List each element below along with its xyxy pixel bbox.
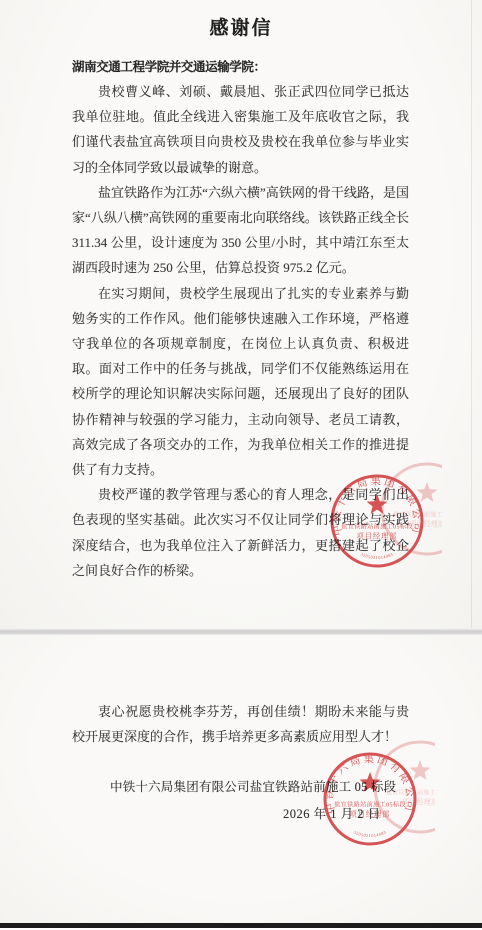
page-edge-line bbox=[471, 0, 472, 628]
company-seal: 盐宜铁路站前施工05标段 项目经理部 中铁十六局集团有限公司 盐宜铁路站前施工0… bbox=[305, 734, 435, 864]
page-break-divider bbox=[0, 629, 482, 635]
paragraph: 盐宜铁路作为江苏“六纵六横”高铁网的骨干线路，是国家“八纵八横”高铁网的重要南北… bbox=[72, 180, 409, 281]
paragraph: 在实习期间，贵校学生展现出了扎实的专业素养与勤勉务实的工作作风。他们能够快速融入… bbox=[72, 281, 409, 483]
scanned-letter: 感谢信 湖南交通工程学院并交通运输学院： 贵校曹义峰、刘硕、戴晨旭、张正武四位同… bbox=[0, 0, 482, 930]
seal-code-text: 3205021014083 bbox=[360, 552, 394, 561]
recipient-line: 湖南交通工程学院并交通运输学院： bbox=[72, 57, 266, 75]
seal-section-text: 盐宜铁路站前施工05标段 bbox=[341, 523, 413, 531]
svg-text:3205021014083: 3205021014083 bbox=[353, 830, 387, 839]
seal-department-text: 项目经理部 bbox=[357, 532, 398, 541]
seal-code-text: 3205021014083 bbox=[353, 830, 387, 839]
svg-text:3205021014083: 3205021014083 bbox=[360, 552, 394, 561]
seal-section-text: 盐宜铁路站前施工05标段 bbox=[334, 801, 406, 809]
seal-department-text: 项目经理部 bbox=[350, 810, 391, 819]
scan-bottom-edge bbox=[0, 923, 482, 928]
paragraph: 贵校曹义峰、刘硕、戴晨旭、张正武四位同学已抵达我单位驻地。值此全线进入密集施工及… bbox=[72, 79, 409, 180]
letter-title: 感谢信 bbox=[0, 13, 482, 40]
company-seal: 盐宜铁路站前施工05标段 项目经理部 中铁十六局集团有限公司 盐宜铁路站前施工0… bbox=[312, 456, 442, 586]
